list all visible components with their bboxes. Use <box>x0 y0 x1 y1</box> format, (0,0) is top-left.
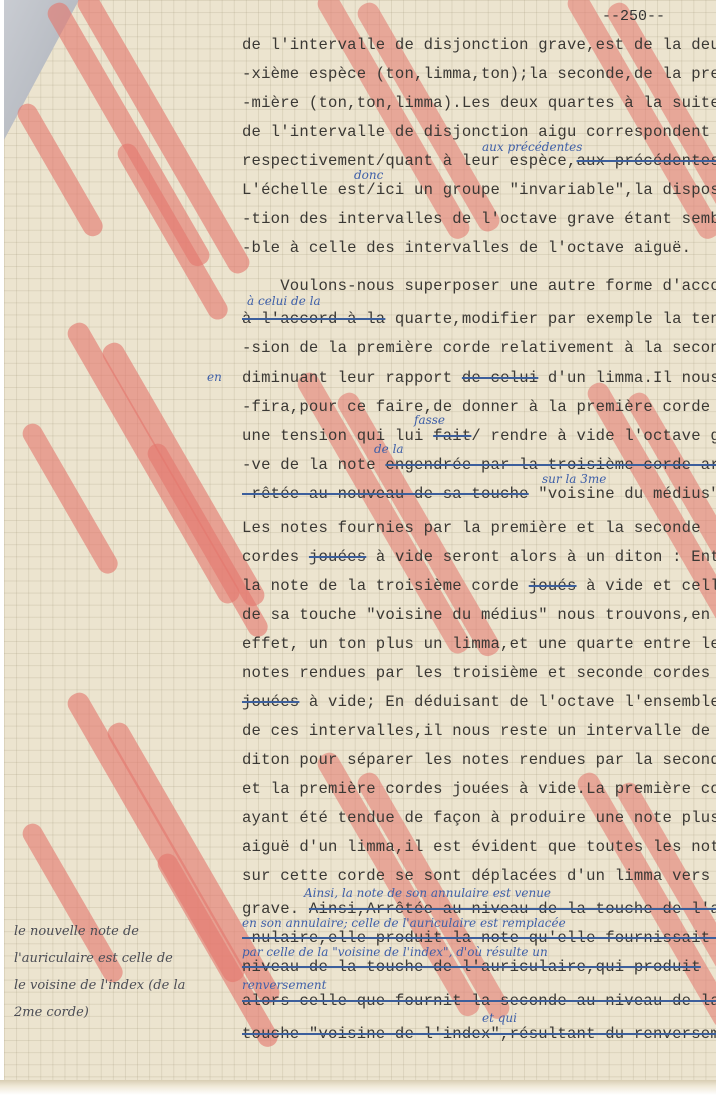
line-text: -sion de la première corde relativement … <box>242 339 716 357</box>
line-text: effet, un ton plus un limma,et une quart… <box>242 635 716 653</box>
manuscript-page: --250-- de l'intervalle de disjonction g… <box>4 0 716 1086</box>
handwritten-annotation: de la <box>374 442 404 456</box>
typed-line: -rêtée au nouveau de sa touche "voisine … <box>242 485 716 503</box>
handwritten-annotation: donc <box>354 168 383 182</box>
struck-text: jouées <box>309 548 366 566</box>
line-text: d'un limma.Il nous suf <box>538 369 716 387</box>
typed-line: -tion des intervalles de l'octave grave … <box>242 210 716 228</box>
struck-text: -rêtée au nouveau de sa touche <box>242 485 529 503</box>
line-text: la note de la troisième corde <box>242 577 529 595</box>
line-text: Les notes fournies par la première et la… <box>242 519 701 537</box>
line-text: notes rendues par les troisième et secon… <box>242 664 710 682</box>
typed-line: de l'intervalle de disjonction grave,est… <box>242 36 716 54</box>
struck-text: aux précédentes <box>577 152 716 170</box>
typed-line: -xième espèce (ton,limma,ton);la seconde… <box>242 65 716 83</box>
typed-line: la note de la troisième corde joués à vi… <box>242 577 716 595</box>
handwritten-annotation: renversement <box>242 978 326 992</box>
line-text: quant à leur espèce, <box>385 152 576 170</box>
line-text: quarte,modifier par exemple la ten- <box>385 310 716 328</box>
handwritten-annotation: Ainsi, la note de son annulaire est venu… <box>304 886 551 900</box>
handwritten-annotation: sur la 3me <box>542 472 606 486</box>
struck-text: joués <box>529 577 577 595</box>
line-text: ici un groupe "invariable",la disposi- <box>376 181 716 199</box>
line-text: -mière (ton,ton,limma).Les deux quartes … <box>242 94 716 112</box>
page-number: --250-- <box>602 8 665 25</box>
line-text: aiguë d'un limma,il est évident que tout… <box>242 838 716 856</box>
typed-line: ayant été tendue de façon à produire une… <box>242 809 716 827</box>
typed-line: L'échelle est/ici un groupe "invariable"… <box>242 181 716 199</box>
struck-text: jouées <box>242 693 299 711</box>
typed-line: -mière (ton,ton,limma).Les deux quartes … <box>242 94 716 112</box>
typed-line: -ble à celle des intervalles de l'octave… <box>242 239 691 257</box>
typed-line: respectivement/quant à leur espèce,aux p… <box>242 152 716 170</box>
handwritten-annotation: en <box>207 370 222 384</box>
typed-line: touche "voisine de l'index",résultant du… <box>242 1025 716 1043</box>
struck-text: alors celle que fournit la seconde au ni… <box>242 992 716 1010</box>
line-text: de l'intervalle de disjonction grave,est… <box>242 36 716 54</box>
handwritten-annotation: à celui de la <box>247 294 321 308</box>
typed-line: -ve de la note engendrée par la troisièm… <box>242 456 716 474</box>
typed-line: jouées à vide; En déduisant de l'octave … <box>242 693 716 711</box>
typed-line: de sa touche "voisine du médius" nous tr… <box>242 606 710 624</box>
line-text: "voisine du médius"/. <box>529 485 716 503</box>
handwritten-annotation: et qui <box>482 1011 517 1025</box>
line-text: -ve de la note <box>242 456 385 474</box>
typed-line: une tension qui lui fait/ rendre à vide … <box>242 427 716 445</box>
line-text: Voulons-nous superposer une autre forme … <box>242 277 716 295</box>
typed-line: notes rendues par les troisième et secon… <box>242 664 710 682</box>
line-text: et la première cordes jouées à vide.La p… <box>242 780 716 798</box>
typed-line: -fira,pour ce faire,de donner à la premi… <box>242 398 710 416</box>
typed-line: effet, un ton plus un limma,et une quart… <box>242 635 716 653</box>
line-text: de ces intervalles,il nous reste un inte… <box>242 722 710 740</box>
typed-line: sur cette corde se sont déplacées d'un l… <box>242 867 716 885</box>
line-text: -ble à celle des intervalles de l'octave… <box>242 239 691 257</box>
line-text: de sa touche "voisine du médius" nous tr… <box>242 606 710 624</box>
struck-text: de celui <box>462 369 538 387</box>
margin-note: le nouvelle note de l'auriculaire est ce… <box>14 918 204 1026</box>
typed-line: de ces intervalles,il nous reste un inte… <box>242 722 710 740</box>
line-text: -fira,pour ce faire,de donner à la premi… <box>242 398 710 416</box>
typed-line: à l'accord à la quarte,modifier par exem… <box>242 310 716 328</box>
handwritten-annotation: aux précédentes <box>482 140 582 154</box>
struck-text: touche "voisine de l'index",résultant du… <box>242 1025 716 1043</box>
handwritten-annotation: par celle de la "voisine de l'index", d'… <box>242 945 548 959</box>
typed-line: de l'intervalle de disjonction aigu corr… <box>242 123 710 141</box>
line-text: une tension qui lui <box>242 427 433 445</box>
struck-text: niveau de la touche de l'auriculaire,qui… <box>242 958 701 976</box>
typed-line: aiguë d'un limma,il est évident que tout… <box>242 838 716 856</box>
line-text: ayant été tendue de façon à produire une… <box>242 809 716 827</box>
line-text: diton pour séparer les notes rendues par… <box>242 751 716 769</box>
struck-text: à l'accord à la <box>242 310 385 328</box>
line-text: sur cette corde se sont déplacées d'un l… <box>242 867 716 885</box>
line-text: à vide seront alors à un diton : Entre <box>366 548 716 566</box>
typed-line: Les notes fournies par la première et la… <box>242 519 701 537</box>
line-text: cordes <box>242 548 309 566</box>
line-text: à vide; En déduisant de l'octave l'ensem… <box>299 693 716 711</box>
struck-text: fait <box>433 427 471 445</box>
line-text: diminuant leur rapport <box>242 369 462 387</box>
line-text: -tion des intervalles de l'octave grave … <box>242 210 716 228</box>
line-text: de l'intervalle de disjonction aigu corr… <box>242 123 710 141</box>
typed-line: diton pour séparer les notes rendues par… <box>242 751 716 769</box>
typed-text-layer: --250-- de l'intervalle de disjonction g… <box>4 0 716 1086</box>
line-text: / rendre à vide l'octave gra- <box>471 427 716 445</box>
handwritten-annotation: fasse <box>414 413 445 427</box>
line-text: -xième espèce (ton,limma,ton);la seconde… <box>242 65 716 83</box>
typed-line: diminuant leur rapport de celui d'un lim… <box>242 369 716 387</box>
typed-line: niveau de la touche de l'auriculaire,qui… <box>242 958 701 976</box>
line-text: à vide et celle <box>577 577 716 595</box>
line-text: L'échelle est/ <box>242 181 376 199</box>
typed-line: et la première cordes jouées à vide.La p… <box>242 780 716 798</box>
handwritten-annotation: en son annulaire; celle de l'auriculaire… <box>242 916 566 930</box>
typed-line: -sion de la première corde relativement … <box>242 339 716 357</box>
typed-line: Voulons-nous superposer une autre forme … <box>242 277 716 295</box>
typed-line: cordes jouées à vide seront alors à un d… <box>242 548 716 566</box>
typed-line: alors celle que fournit la seconde au ni… <box>242 992 716 1010</box>
